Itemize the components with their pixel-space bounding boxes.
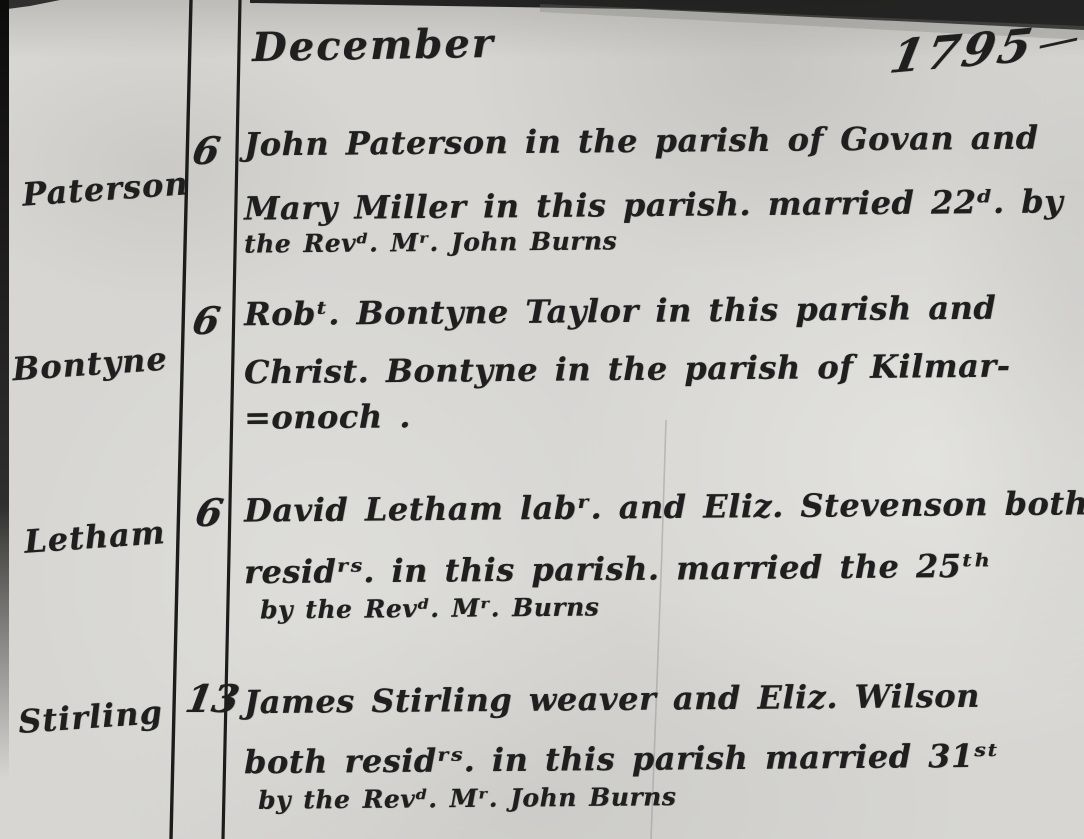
- entry-line: Mary Miller in this parish. married 22ᵈ.…: [244, 182, 1063, 227]
- entry-line: by the Revᵈ. Mʳ. John Burns: [258, 782, 677, 815]
- entry-line: by the Revᵈ. Mʳ. Burns: [260, 593, 600, 625]
- entry-day: 13: [182, 676, 243, 721]
- entry-line: John Paterson in the parish of Govan and: [244, 119, 1039, 164]
- entry-line: Robᵗ. Bontyne Taylor in this parish and: [244, 289, 996, 334]
- entry-day: 6: [192, 490, 226, 535]
- register-page: December 1795 Paterson 6 John Paterson i…: [0, 0, 1084, 839]
- entry-line: residʳˢ. in this parish. married the 25ᵗ…: [244, 547, 991, 592]
- scan-left-edge: [0, 0, 9, 839]
- entry-line: the Revᵈ. Mʳ. John Burns: [244, 226, 617, 258]
- entry-line: David Letham labʳ. and Eliz. Stevenson b…: [244, 484, 1084, 529]
- entry-day: 6: [189, 298, 223, 343]
- entry-surname: Paterson: [21, 164, 190, 214]
- entry-line: James Stirling weaver and Eliz. Wilson: [244, 677, 980, 721]
- entry-line: both residʳˢ. in this parish married 31ˢ…: [244, 737, 999, 782]
- entry-surname: Bontyne: [11, 340, 169, 389]
- entry-line: =onoch .: [244, 397, 411, 436]
- entry-surname: Stirling: [17, 693, 164, 741]
- month-header: December: [252, 20, 496, 71]
- scan-top-left-corner: [0, 0, 60, 10]
- entry-surname: Letham: [23, 513, 167, 561]
- entry-line: Christ. Bontyne in the parish of Kilmar-: [244, 347, 1011, 392]
- year-header: 1795: [886, 14, 1083, 84]
- entry-day: 6: [189, 128, 223, 173]
